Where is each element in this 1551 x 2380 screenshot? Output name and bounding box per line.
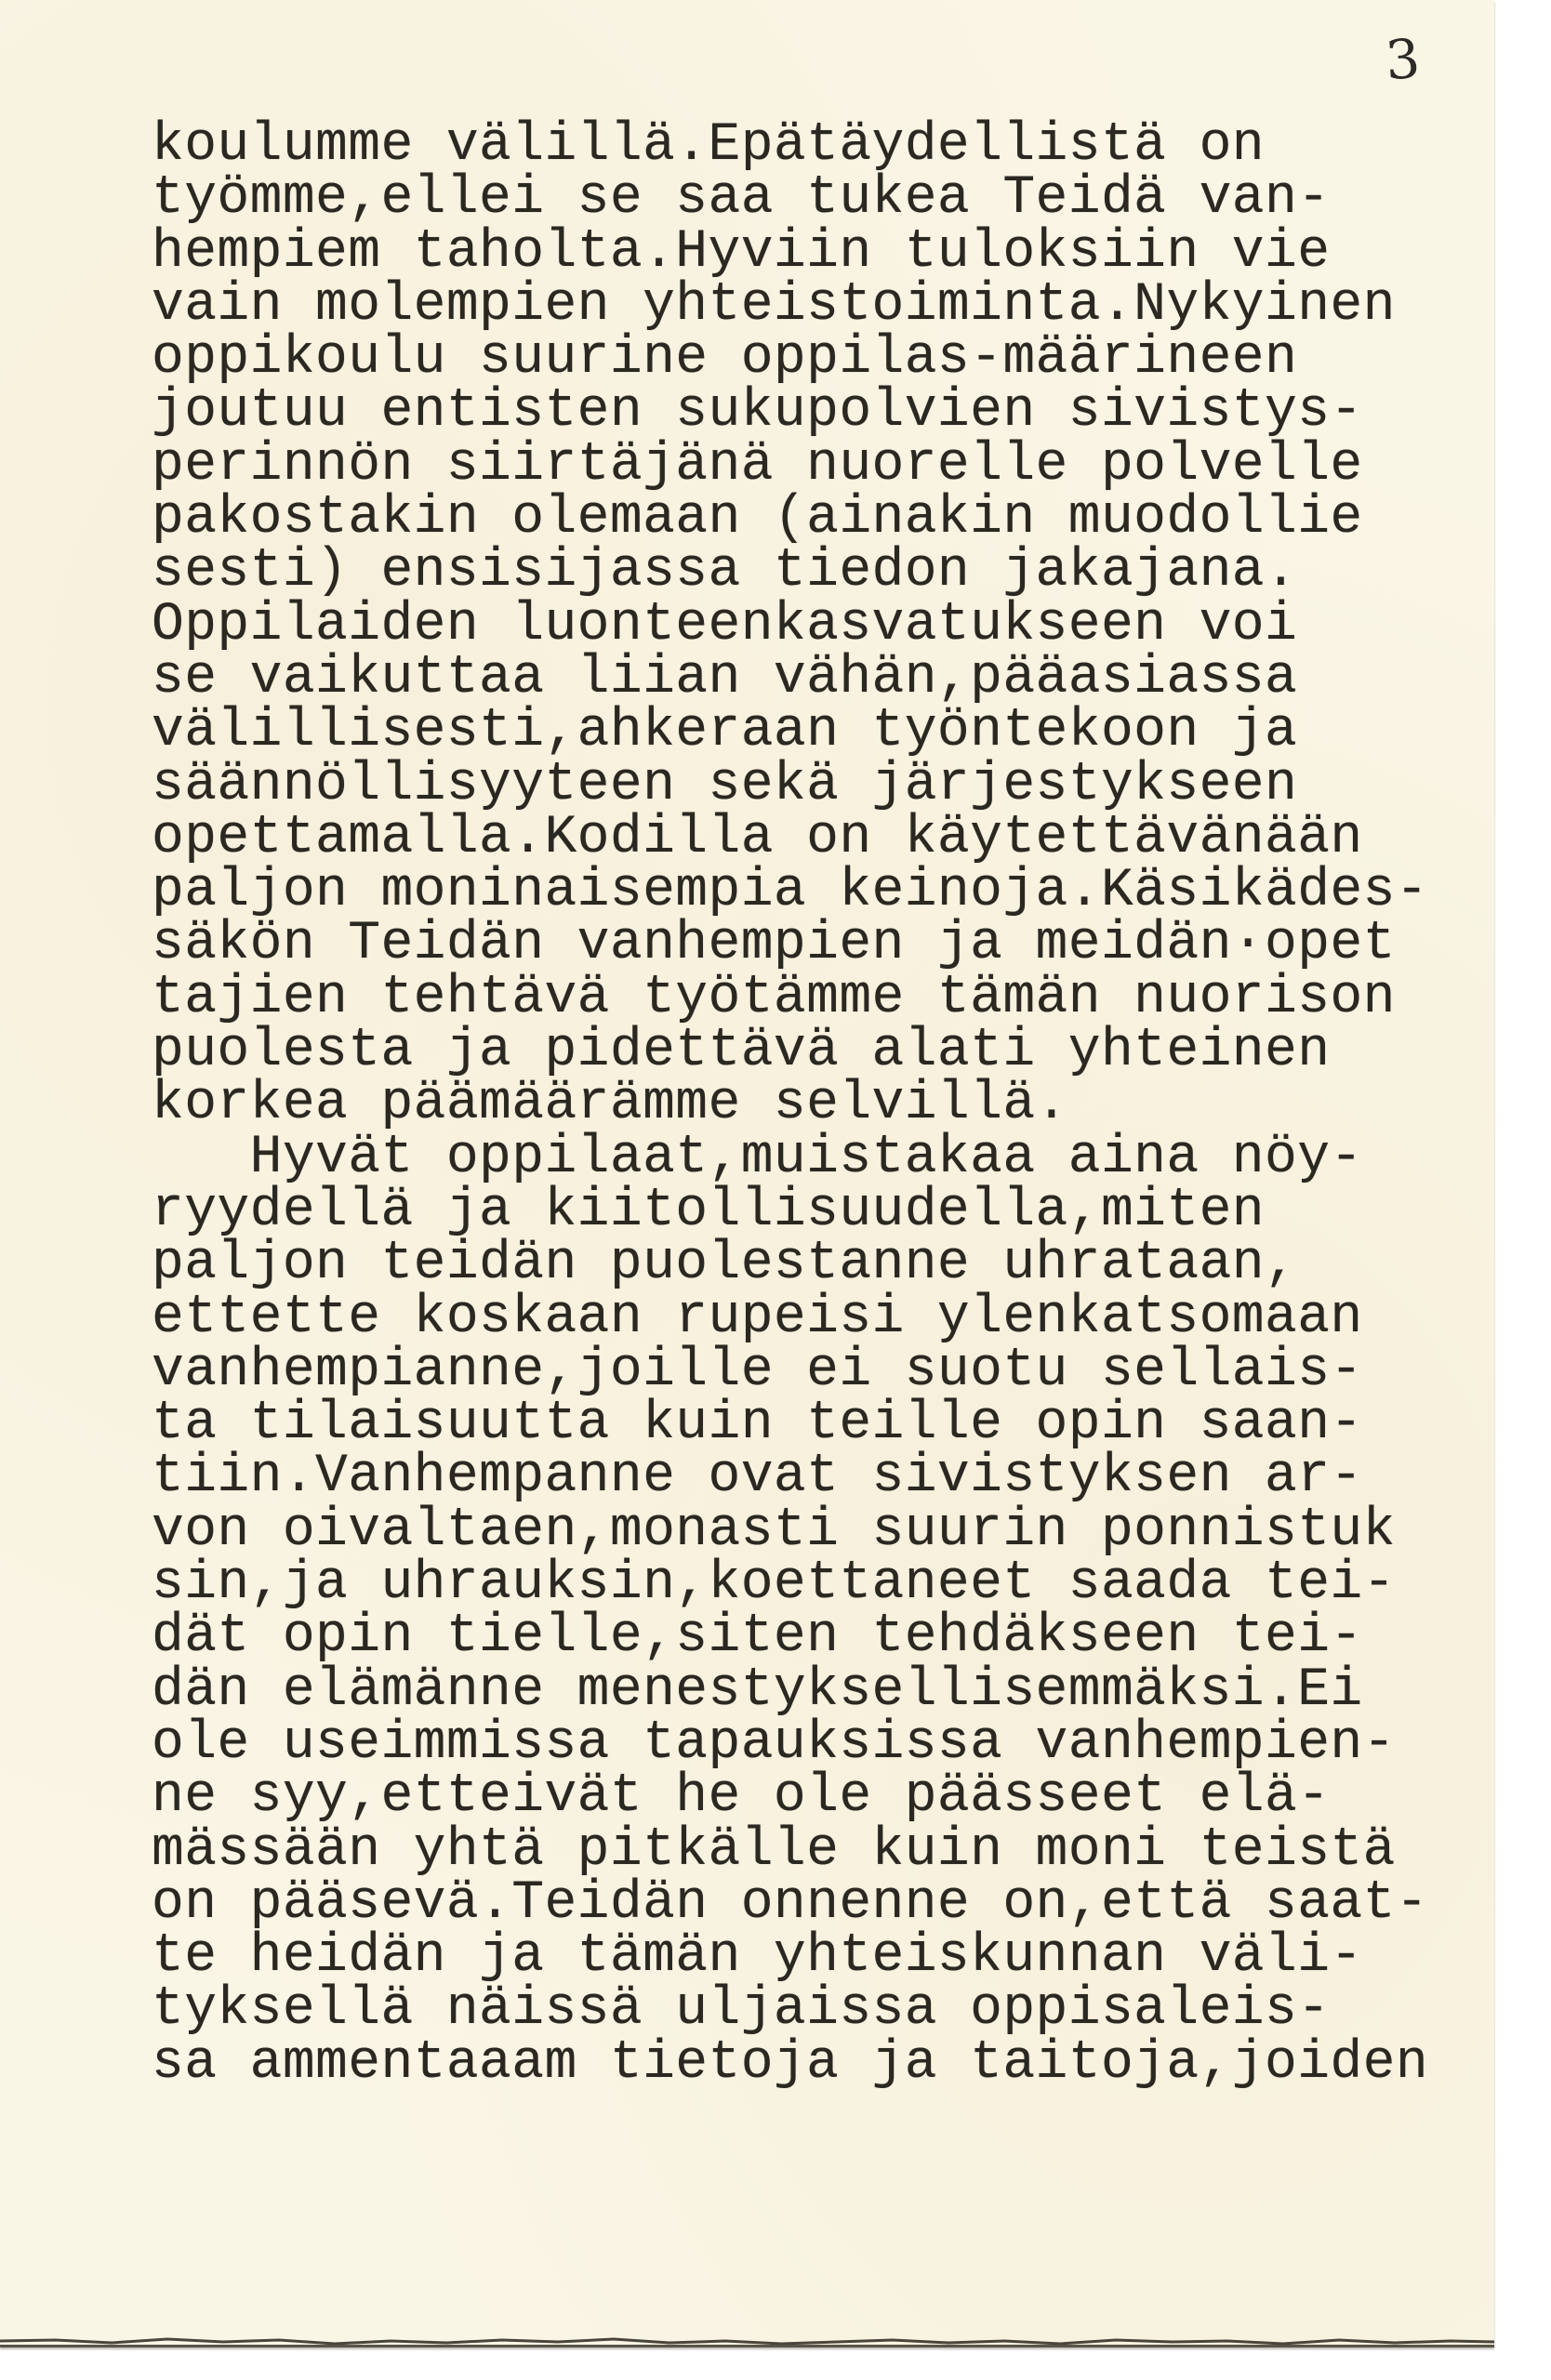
text-line: sa ammentaaam tietoja ja taitoja,joiden [152, 2037, 1428, 2090]
torn-edge [0, 2335, 1494, 2348]
text-line: koulumme välillä.Epätäydellistä on [152, 119, 1428, 172]
text-line: korkea päämäärämme selvillä. [152, 1078, 1428, 1130]
text-line: Oppilaiden luonteenkasvatukseen voi [152, 599, 1428, 652]
text-line: oppikoulu suurine oppilas-määrineen [152, 332, 1428, 385]
text-line: ne syy,etteivät he ole päässeet elä- [152, 1770, 1428, 1823]
text-line: se vaikuttaa liian vähän,pääasiassa [152, 652, 1428, 705]
text-line: työmme,ellei se saa tukea Teidä van- [152, 172, 1428, 225]
text-line: ole useimmissa tapauksissa vanhempien- [152, 1717, 1428, 1770]
text-line: Hyvät oppilaat,muistakaa aina nöy- [152, 1131, 1428, 1184]
text-line: joutuu entisten sukupolvien sivistys- [152, 385, 1428, 438]
text-line: vanhempianne,joille ei suotu sellais- [152, 1344, 1428, 1397]
text-line: puolesta ja pidettävä alati yhteinen [152, 1025, 1428, 1078]
text-line: mässään yhtä pitkälle kuin moni teistä [152, 1824, 1428, 1877]
text-line: sin,ja uhrauksin,koettaneet saada tei- [152, 1557, 1428, 1610]
text-line: von oivaltaen,monasti suurin ponnistuk [152, 1504, 1428, 1557]
text-line: pakostakin olemaan (ainakin muodollie [152, 492, 1428, 545]
text-line: dän elämänne menestyksellisemmäksi.Ei [152, 1664, 1428, 1717]
text-line: on pääsevä.Teidän onnenne on,että saat- [152, 1877, 1428, 1930]
typewritten-text-body: koulumme välillä.Epätäydellistä ontyömme… [152, 119, 1428, 2090]
text-line: hempiem taholta.Hyviin tuloksiin vie [152, 226, 1428, 279]
text-line: sesti) ensisijassa tiedon jakajana. [152, 545, 1428, 598]
text-line: te heidän ja tämän yhteiskunnan väli- [152, 1930, 1428, 1983]
text-line: ryydellä ja kiitollisuudella,miten [152, 1184, 1428, 1237]
text-line: perinnön siirtäjänä nuorelle polvelle [152, 439, 1428, 492]
text-line: tiin.Vanhempanne ovat sivistyksen ar- [152, 1450, 1428, 1503]
text-line: paljon moninaisempia keinoja.Käsikädes- [152, 865, 1428, 918]
text-line: säännöllisyyteen sekä järjestykseen [152, 759, 1428, 812]
text-line: ta tilaisuutta kuin teille opin saan- [152, 1397, 1428, 1450]
page-number: 3 [1384, 27, 1423, 92]
text-line: välillisesti,ahkeraan työntekoon ja [152, 705, 1428, 758]
text-line: tyksellä näissä uljaissa oppisaleis- [152, 1983, 1428, 2036]
text-line: opettamalla.Kodilla on käytettävänään [152, 812, 1428, 865]
text-line: tajien tehtävä työtämme tämän nuorison [152, 972, 1428, 1025]
text-line: dät opin tielle,siten tehdäkseen tei- [152, 1610, 1428, 1663]
text-line: paljon teidän puolestanne uhrataan, [152, 1237, 1428, 1290]
text-line: vain molempien yhteistoiminta.Nykyinen [152, 279, 1428, 332]
text-line: ettette koskaan rupeisi ylenkatsomaan [152, 1291, 1428, 1344]
text-line: säkön Teidän vanhempien ja meidän·opet [152, 918, 1428, 971]
typewritten-page: 3 koulumme välillä.Epätäydellistä ontyöm… [0, 0, 1494, 2347]
